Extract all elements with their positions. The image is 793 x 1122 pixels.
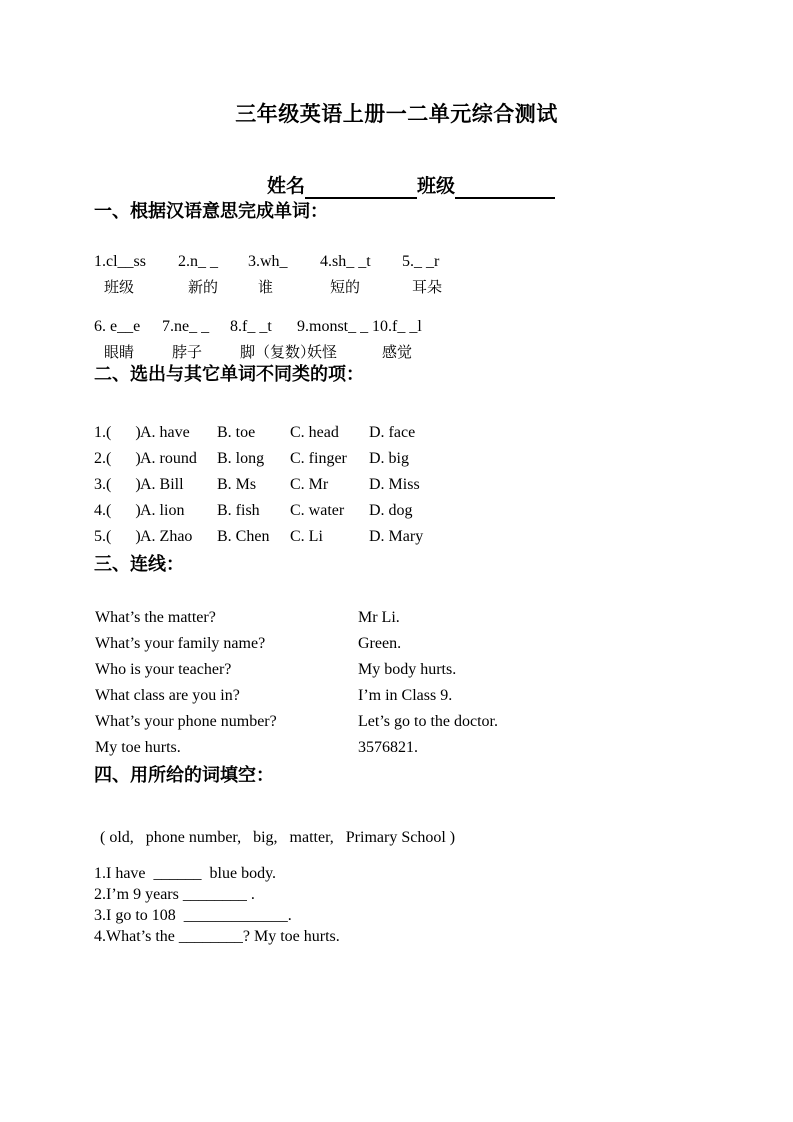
choice-label: 5.( ) bbox=[94, 526, 140, 547]
word-hint: 谁 bbox=[248, 279, 320, 297]
word-hint: 脚（复数） bbox=[230, 344, 297, 362]
match-question: What’s your family name? bbox=[95, 633, 358, 654]
word-text: 8.f_ _t bbox=[230, 318, 297, 335]
match-row-6: My toe hurts.3576821. bbox=[95, 737, 793, 763]
choice-option-d: D. dog bbox=[369, 500, 413, 521]
choice-option-d: D. Miss bbox=[369, 474, 420, 495]
choice-label: 3.( ) bbox=[94, 474, 140, 495]
fill-sentence-4: 4.What’s the ________? My toe hurts. bbox=[94, 926, 793, 947]
choice-option-c: C. finger bbox=[290, 448, 369, 469]
choice-option-b: B. Ms bbox=[217, 474, 290, 495]
word-item: 2.n_ _新的 bbox=[178, 253, 248, 297]
match-answer: 3576821. bbox=[358, 737, 418, 758]
class-label: 班级 bbox=[417, 175, 455, 199]
word-hint: 耳朵 bbox=[402, 279, 442, 297]
word-text: 1.cl__ss bbox=[94, 253, 178, 270]
section3-heading: 三、连线： bbox=[94, 552, 793, 576]
word-text: 9.monst_ _ bbox=[297, 318, 372, 335]
match-row-4: What class are you in?I’m in Class 9. bbox=[95, 685, 793, 711]
word-text: 4.sh_ _t bbox=[320, 253, 402, 270]
word-row-1: 1.cl__ss班级2.n_ _新的3.wh_谁4.sh_ _t短的5._ _r… bbox=[94, 253, 793, 297]
fill-sentence-3: 3.I go to 108 _____________. bbox=[94, 905, 793, 926]
match-answer: I’m in Class 9. bbox=[358, 685, 452, 706]
choice-option-d: D. big bbox=[369, 448, 409, 469]
match-answer: Let’s go to the doctor. bbox=[358, 711, 498, 732]
word-item: 3.wh_谁 bbox=[248, 253, 320, 297]
word-hint: 妖怪 bbox=[297, 344, 372, 362]
name-label: 姓名 bbox=[267, 175, 305, 199]
name-class-line: 姓名班级 bbox=[267, 175, 793, 199]
match-answer: My body hurts. bbox=[358, 659, 456, 680]
match-row-5: What’s your phone number?Let’s go to the… bbox=[95, 711, 793, 737]
choice-list: 1.( )A. haveB. toeC. headD. face 2.( )A.… bbox=[0, 422, 793, 552]
word-item: 5._ _r耳朵 bbox=[402, 253, 442, 297]
choice-option-c: C. Mr bbox=[290, 474, 369, 495]
match-question: My toe hurts. bbox=[95, 737, 358, 758]
word-item: 9.monst_ _妖怪 bbox=[297, 318, 372, 362]
word-hint: 眼睛 bbox=[94, 344, 162, 362]
page-title: 三年级英语上册一二单元综合测试 bbox=[0, 0, 793, 129]
word-text: 5._ _r bbox=[402, 253, 442, 270]
word-text: 10.f_ _l bbox=[372, 318, 422, 335]
match-answer: Mr Li. bbox=[358, 607, 400, 628]
choice-option-b: B. Chen bbox=[217, 526, 290, 547]
choice-option-d: D. Mary bbox=[369, 526, 423, 547]
match-question: What class are you in? bbox=[95, 685, 358, 706]
word-hint: 感觉 bbox=[372, 344, 422, 362]
fill-sentence-1: 1.I have ______ blue body. bbox=[94, 863, 793, 884]
choice-row-3: 3.( )A. BillB. MsC. MrD. Miss bbox=[94, 474, 793, 500]
match-question: What’s the matter? bbox=[95, 607, 358, 628]
choice-option-c: C. water bbox=[290, 500, 369, 521]
word-hint: 短的 bbox=[320, 279, 402, 297]
word-bank: ( old, phone number, big, matter, Primar… bbox=[100, 828, 793, 848]
choice-option-b: B. toe bbox=[217, 422, 290, 443]
word-item: 8.f_ _t脚（复数） bbox=[230, 318, 297, 362]
choice-row-5: 5.( )A. ZhaoB. ChenC. LiD. Mary bbox=[94, 526, 793, 552]
choice-option-b: B. long bbox=[217, 448, 290, 469]
choice-option-a: A. have bbox=[140, 422, 217, 443]
choice-option-c: C. head bbox=[290, 422, 369, 443]
word-item: 7.ne_ _脖子 bbox=[162, 318, 230, 362]
choice-option-a: A. Bill bbox=[140, 474, 217, 495]
choice-option-c: C. Li bbox=[290, 526, 369, 547]
choice-row-2: 2.( )A. roundB. longC. fingerD. big bbox=[94, 448, 793, 474]
match-row-3: Who is your teacher?My body hurts. bbox=[95, 659, 793, 685]
word-hint: 脖子 bbox=[162, 344, 230, 362]
word-item: 1.cl__ss班级 bbox=[94, 253, 178, 297]
word-row-2: 6. e__e眼睛7.ne_ _脖子8.f_ _t脚（复数）9.monst_ _… bbox=[94, 318, 793, 362]
fill-sentence-2: 2.I’m 9 years ________ . bbox=[94, 884, 793, 905]
word-item: 6. e__e眼睛 bbox=[94, 318, 162, 362]
match-row-2: What’s your family name?Green. bbox=[95, 633, 793, 659]
word-item: 4.sh_ _t短的 bbox=[320, 253, 402, 297]
word-text: 6. e__e bbox=[94, 318, 162, 335]
choice-row-1: 1.( )A. haveB. toeC. headD. face bbox=[94, 422, 793, 448]
name-blank bbox=[305, 177, 417, 199]
match-question: What’s your phone number? bbox=[95, 711, 358, 732]
document-page: 三年级英语上册一二单元综合测试 姓名班级 一、根据汉语意思完成单词： 1.cl_… bbox=[0, 0, 793, 1122]
fill-sentence-list: 1.I have ______ blue body. 2.I’m 9 years… bbox=[0, 863, 793, 947]
choice-option-a: A. lion bbox=[140, 500, 217, 521]
word-text: 2.n_ _ bbox=[178, 253, 248, 270]
match-list: What’s the matter?Mr Li. What’s your fam… bbox=[0, 607, 793, 763]
section2-heading: 二、选出与其它单词不同类的项： bbox=[94, 362, 793, 386]
choice-row-4: 4.( )A. lionB. fishC. waterD. dog bbox=[94, 500, 793, 526]
choice-option-a: A. Zhao bbox=[140, 526, 217, 547]
choice-label: 2.( ) bbox=[94, 448, 140, 469]
choice-option-d: D. face bbox=[369, 422, 415, 443]
choice-label: 1.( ) bbox=[94, 422, 140, 443]
word-text: 3.wh_ bbox=[248, 253, 320, 270]
word-hint: 新的 bbox=[178, 279, 248, 297]
word-item: 10.f_ _l感觉 bbox=[372, 318, 422, 362]
word-hint: 班级 bbox=[94, 279, 178, 297]
choice-label: 4.( ) bbox=[94, 500, 140, 521]
choice-option-a: A. round bbox=[140, 448, 217, 469]
match-answer: Green. bbox=[358, 633, 401, 654]
word-text: 7.ne_ _ bbox=[162, 318, 230, 335]
match-question: Who is your teacher? bbox=[95, 659, 358, 680]
section4-heading: 四、用所给的词填空： bbox=[94, 763, 793, 787]
section1-heading: 一、根据汉语意思完成单词： bbox=[94, 199, 793, 223]
match-row-1: What’s the matter?Mr Li. bbox=[95, 607, 793, 633]
class-blank bbox=[455, 177, 555, 199]
choice-option-b: B. fish bbox=[217, 500, 290, 521]
